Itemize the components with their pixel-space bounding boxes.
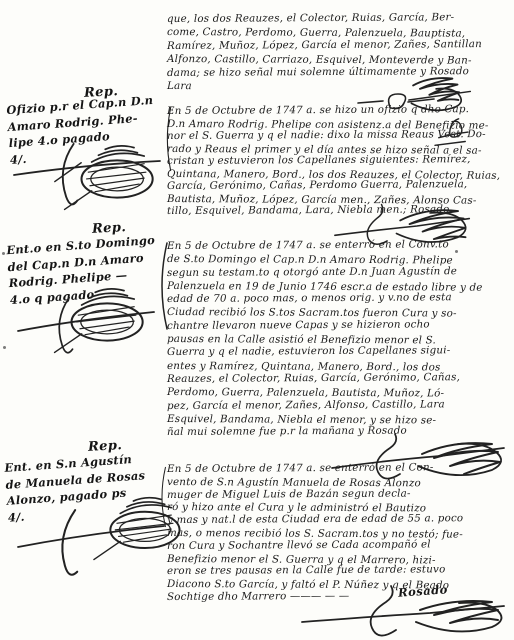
manuscript-line: En 5 de Octubre de 1747 a. se enterró en… [167,461,463,476]
manuscript-line: y mas y nat.l de esta Ciudad era de edad… [167,512,463,527]
manuscript-line: que, los dos Reauzes, el Colector, Ruias… [167,11,482,26]
manuscript-line: chantre llevaron nueve Capas y se hizier… [167,318,483,333]
strike-line-flourish-icon [16,520,166,550]
signature-rubric-icon [300,596,508,640]
entry-2-body: En 5 de Octubre de 1747 a. se enterró en… [167,240,483,439]
manuscript-line: muger de Miguel Luis de Bazán segun decl… [167,487,463,502]
manuscript-line: En 5 de Octubre de 1747 a. se enterró en… [167,238,483,253]
manuscript-line: eron se tres pausas en la Calle fue de t… [167,564,463,579]
manuscript-line: cristan y estuvieron los Capellanes sigu… [167,153,500,168]
manuscript-line: pez, García el menor, Zañes, Alfonso, Ca… [167,398,483,413]
scan-speck [3,346,6,349]
manuscript-line: edad de 70 a. poco mas, o menos orig. y … [167,291,483,306]
entry-3-body: En 5 de Octubre de 1747 a. se enterró en… [167,463,463,604]
scan-speck [455,250,458,253]
scan-speck [2,252,5,255]
strike-line-flourish-icon [16,306,156,334]
strike-line-flourish-icon [12,156,162,178]
manuscript-line: García, Gerónimo, Cañas, Perdomo Guerra,… [167,178,500,193]
manuscript-line: Ramírez, Muñoz, López, García el menor, … [167,38,482,53]
manuscript-page: que, los dos Reauzes, el Colector, Ruias… [0,0,514,640]
manuscript-line: ron Cura y Sochantre llevó se Cada acomp… [167,538,463,553]
manuscript-line: Guerra y q el nadie, estuvieron los Cape… [167,344,483,359]
check-mark-flourish-icon [430,116,474,150]
manuscript-line: Reauzes, el Colector, Ruias, García, Ger… [167,371,483,386]
manuscript-line: segun su testam.to q otorgó ante D.n Jua… [167,265,483,280]
